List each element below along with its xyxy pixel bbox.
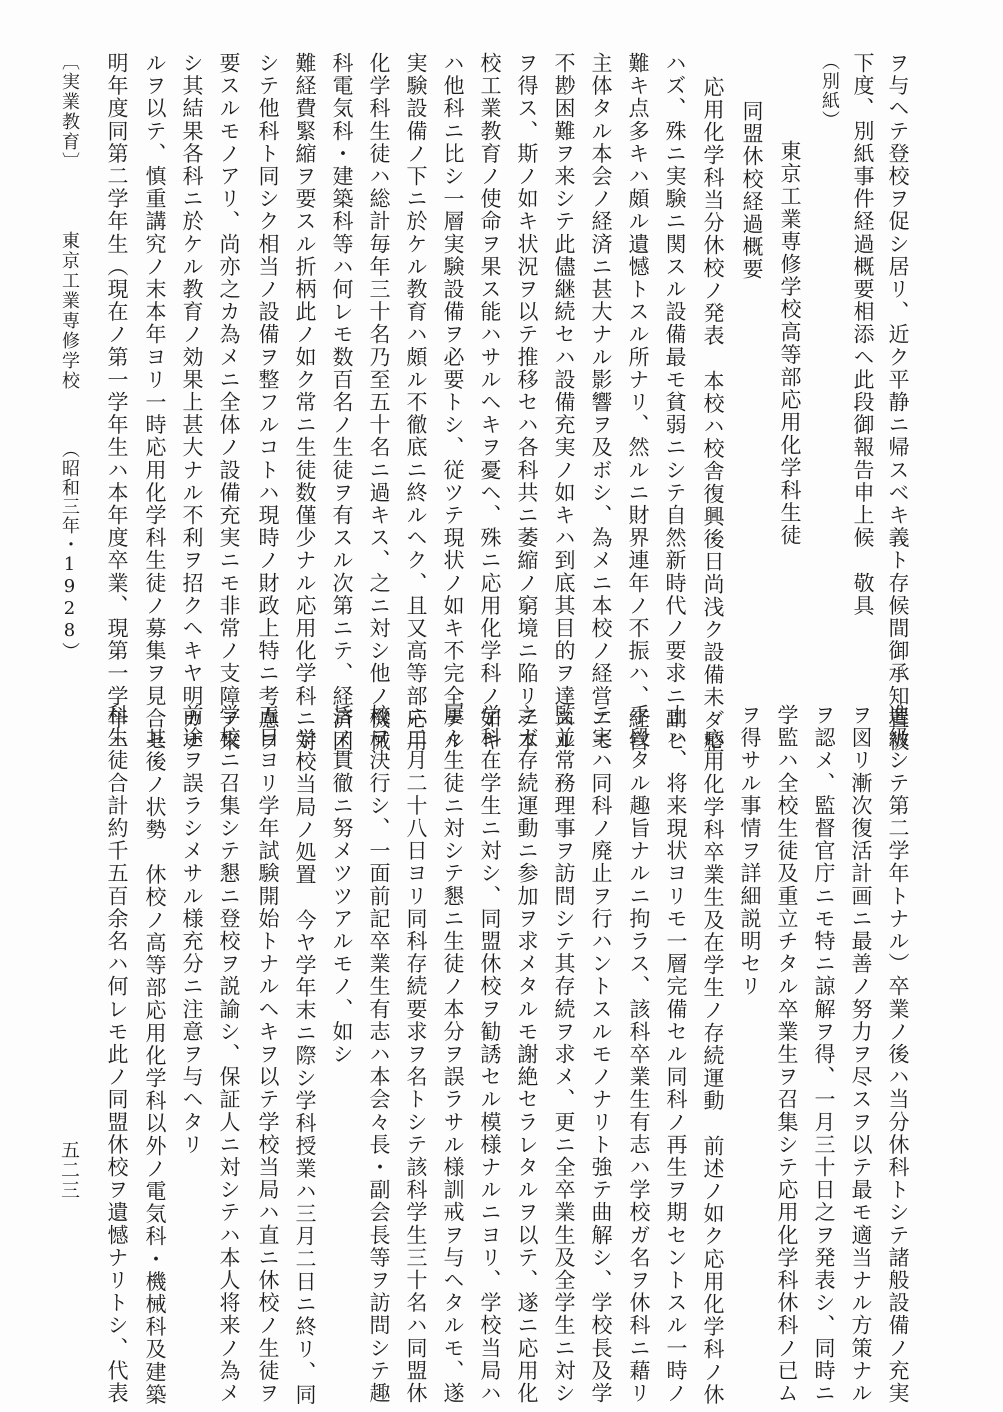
text-column: 応用化学科卒業生及在学生ノ存続運動 前述ノ如ク応用化学科ノ休 <box>699 704 727 1406</box>
text-column: 五日ヨリ学年試験開始トナルヘキヲ以テ学校当局ハ直ニ休校ノ生徒ヲ <box>254 704 282 1405</box>
text-column: 学監ハ全校生徒及重立チタル卒業生ヲ召集シテ応用化学科休科ノ已ム <box>773 704 801 1405</box>
era-label: （昭和三年・1928） <box>56 414 82 661</box>
text-column: 屢々生徒ニ対シテ懇ニ生徒ノ本分ヲ誤ラサル様訓戒ヲ与ヘタルモ、遂 <box>439 704 467 1405</box>
section-title-school: 東京工業専修学校高等部応用化学科生徒 <box>776 52 804 547</box>
text-column: 之ガ存続運動ニ参加ヲ求メタルモ謝絶セラレタルヲ以テ、遂ニ応用化 <box>513 704 541 1405</box>
text-column: 進級シテ第二学年トナル）卒業ノ後ハ当分休科トシテ諸般設備ノ充実 <box>884 704 912 1405</box>
text-column: 要スルモノアリ、尚亦之カ為メニ全体ノ設備充実ニモ非常ノ支障ヲ来 <box>215 52 243 753</box>
text-column: シテ他科ト同シク相当ノ設備ヲ整フルコトハ現時ノ財政上特ニ考慮ヲ <box>254 52 282 753</box>
text-column: 旨ノ貫徹ニ努メツツアルモノ、如シ <box>328 704 356 1066</box>
text-column: 難経費緊縮ヲ要スル折柄此ノ如ク常ニ生徒数僅少ナル応用化学科ニ対 <box>291 52 319 753</box>
text-column: 科電気科・建築科等ハ何レモ数百名ノ生徒ヲ有スル次第ニテ、経済困 <box>328 52 356 753</box>
text-column: ハ他科ニ比シ一層実験設備ヲ必要トシ、従ツテ現状ノ如キ不完全ナル <box>439 52 467 753</box>
text-column: ルヲ以テ、慎重講究ノ末本年ヨリ一時応用化学科生徒ノ募集ヲ見合セ <box>141 52 169 753</box>
text-column: 科生徒合計約千五百余名ハ何レモ此ノ同盟休校ヲ遺憾ナリトシ、代表 <box>103 704 131 1405</box>
text-column: 校ヲ決行シ、一面前記卒業生有志ハ本会々長・副会長等ヲ訪問シテ趣 <box>365 704 393 1405</box>
text-column: ヲ得サル事情ヲ詳細説明セリ <box>736 704 764 998</box>
text-column: 其後ノ状勢 休校ノ高等部応用化学科以外ノ電気科・機械科及建築 <box>141 704 169 1406</box>
text-column: 不尠困難ヲ来シテ此儘継続セハ設備充実ノ如キハ到底其目的ヲ達スル <box>550 52 578 753</box>
text-column: ヲ図リ漸次復活計画ニ最善ノ努力ヲ尽スヲ以テ最モ適当ナル方策ナル <box>847 704 875 1405</box>
text-column: 手段タル趣旨ナルニ拘ラス、該科卒業生有志ハ学校ガ名ヲ休科ニ藉リ <box>625 704 653 1405</box>
text-column: ヲ与ヘテ登校ヲ促シ居リ、近ク平静ニ帰スベキ義ト存候間御承知置被 <box>884 52 912 753</box>
text-column: 応用化学科当分休校ノ発表 本校ハ校舎復興後日尚浅ク設備未ダ整 <box>699 52 727 754</box>
text-column: ヲ認メ、監督官庁ニモ特ニ諒解ヲ得、一月三十日之ヲ発表シ、同時ニ <box>810 704 838 1405</box>
annex-label: （別紙） <box>815 52 843 130</box>
bottom-tier-text: 進級シテ第二学年トナル）卒業ノ後ハ当分休科トシテ諸般設備ノ充実 ヲ図リ漸次復活計… <box>0 704 1003 1344</box>
text-column: ニ二月二十八日ヨリ同科存続要求ヲ名トシテ該科学生三十名ハ同盟休 <box>402 704 430 1405</box>
text-column: 実験設備ノ下ニ於ケル教育ハ頗ル不徹底ニ終ルヘク、且又高等部応用 <box>402 52 430 753</box>
text-column: ハズ、殊ニ実験ニ関スル設備最モ貧弱ニシテ自然新時代ノ要求ニ副ヒ <box>661 52 689 753</box>
text-column: 監並常務理事ヲ訪問シテ其存続ヲ求メ、更ニ全卒業生及全学生ニ対シ <box>550 704 578 1405</box>
running-footer: 〔実業教育〕 東京工業専修学校 （昭和三年・1928） <box>56 52 82 661</box>
school-name: 東京工業専修学校 <box>56 195 82 391</box>
text-column: 主体タル本会ノ経済ニ甚大ナル影響ヲ及ボシ、為メニ本校ノ経営ニモ <box>587 52 615 753</box>
text-column: シ其結果各科ニ於ケル教育ノ効果上甚大ナル不利ヲ招クヘキヤ明カナ <box>178 52 206 753</box>
text-column: 難キ点多キハ頗ル遺憾トスル所ナリ、然ルニ財界連年ノ不振ハ、経営 <box>624 52 652 753</box>
text-column: 学校ニ召集シテ懇ニ登校ヲ説諭シ、保証人ニ対シテハ本人将来ノ為メ <box>215 704 243 1405</box>
text-column: 明年度同第二学年生（現在ノ第一学年生ハ本年度卒業、現第一学年ハ <box>103 52 131 753</box>
text-column: テ実ハ同科ノ廃止ヲ行ハントスルモノナリト強テ曲解シ、学校長及学 <box>587 704 615 1405</box>
text-column: ヲ得ス、斯ノ如キ状況ヲ以テ推移セハ各科共ニ萎縮ノ窮境ニ陥リテ本 <box>513 52 541 753</box>
text-column: 止ハ、将来現状ヨリモ一層完備セル同科ノ再生ヲ期セントスル一時ノ <box>662 704 690 1405</box>
text-column: 下度、別紙事件経過概要相添ヘ此段御報告申上候 敬具 <box>849 52 877 617</box>
section-title-summary: 同盟休校経過概要 <box>738 52 766 281</box>
text-column: 前途ヲ誤ラシメサル様充分ニ注意ヲ与ヘタリ <box>178 704 206 1156</box>
text-column: 化学科生徒ハ総計毎年三十名乃至五十名ニ過キス、之ニ対シ他ノ機械 <box>365 52 393 753</box>
text-column: 学科在学生ニ対シ、同盟休校ヲ勧誘セル模様ナルニヨリ、学校当局ハ <box>476 704 504 1405</box>
page-number: 五二三 <box>56 1140 83 1200</box>
top-tier-text: ヲ与ヘテ登校ヲ促シ居リ、近ク平静ニ帰スベキ義ト存候間御承知置被 下度、別紙事件経… <box>0 52 1003 682</box>
text-column: 校工業教育ノ使命ヲ果ス能ハサルヘキヲ憂ヘ、殊ニ応用化学科ノ如キ <box>476 52 504 753</box>
document-page: ヲ与ヘテ登校ヲ促シ居リ、近ク平静ニ帰スベキ義ト存候間御承知置被 下度、別紙事件経… <box>0 0 1003 1412</box>
publication-name: 〔実業教育〕 <box>56 52 82 172</box>
text-column: 学校当局ノ処置 今ヤ学年末ニ際シ学科授業ハ三月二日ニ終リ、同 <box>291 704 319 1406</box>
